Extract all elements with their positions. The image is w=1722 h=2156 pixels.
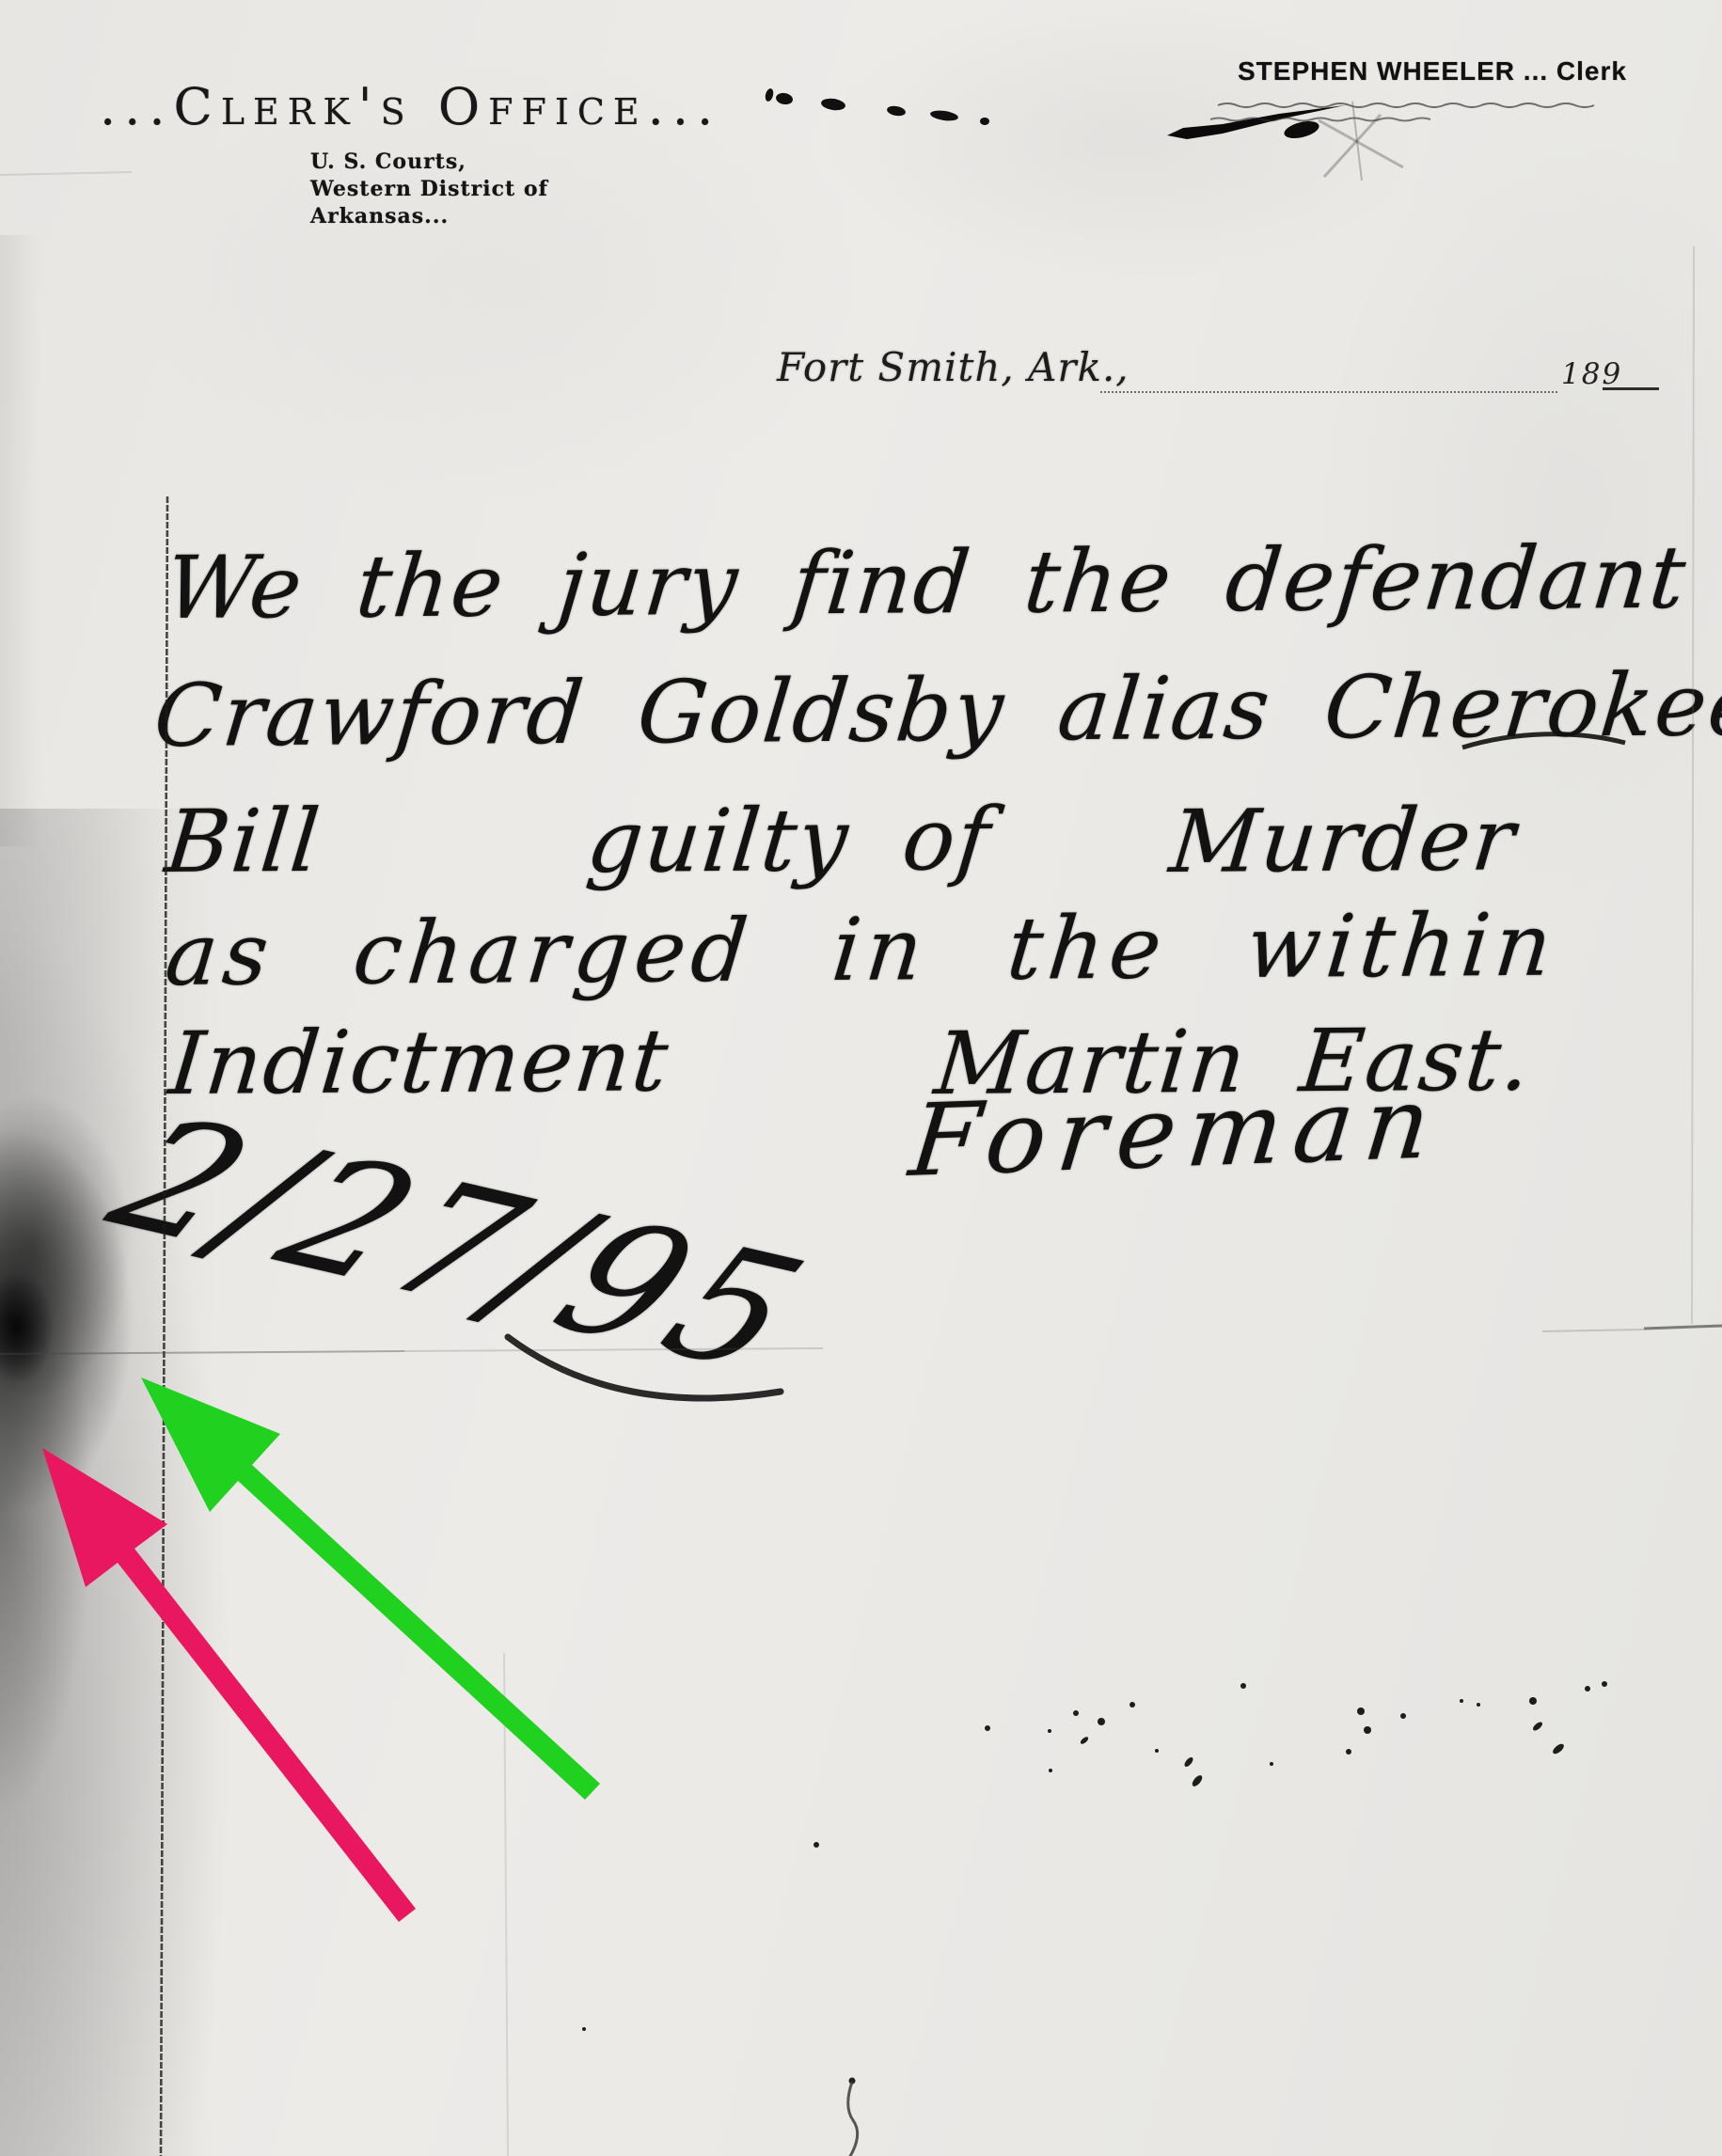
verdict-line-2: Crawford Goldsby alias Cherokee: [150, 654, 1722, 766]
verdict-line-3-word-bill: Bill: [162, 791, 326, 892]
clerk-signature-flourish: [1167, 102, 1594, 181]
verdict-line-1: We the jury find the defendant: [162, 527, 1692, 638]
court-block-line-3: Arkansas...: [310, 203, 548, 230]
bottom-hair-mark: [848, 2078, 858, 2156]
court-block-line-2: Western District of: [310, 176, 548, 203]
court-block-line-1: U. S. Courts,: [310, 149, 548, 176]
scanned-verdict-document: ...Clerk's Office... U. S. Courts, Weste…: [0, 0, 1722, 2156]
verdict-line-4: as charged in the within: [162, 895, 1562, 1005]
verdict-line-3-word-murder: Murder: [1166, 789, 1522, 892]
letterhead-court-block: U. S. Courts, Western District of Arkans…: [310, 149, 548, 230]
letterhead-clerk-name: STEPHEN WHEELER ... Clerk: [1238, 56, 1627, 87]
verdict-line-3-words-guilty-of: guilty of: [583, 789, 996, 892]
ink-dash-marks: [764, 87, 989, 125]
ink-speckles: [582, 1681, 1607, 2031]
left-edge-soft-shade: [0, 235, 47, 846]
dateline-place: Fort Smith, Ark.,: [777, 344, 1130, 390]
left-edge-scan-shadow: [0, 809, 310, 2156]
foreman-signature: Foreman: [905, 1064, 1446, 1199]
letterhead-office-title: ...Clerk's Office...: [100, 77, 721, 136]
dateline-dotted-rule: [1100, 374, 1557, 393]
dateline-year-prefix: 189: [1561, 357, 1622, 391]
dateline-year-dash: [1603, 387, 1659, 390]
